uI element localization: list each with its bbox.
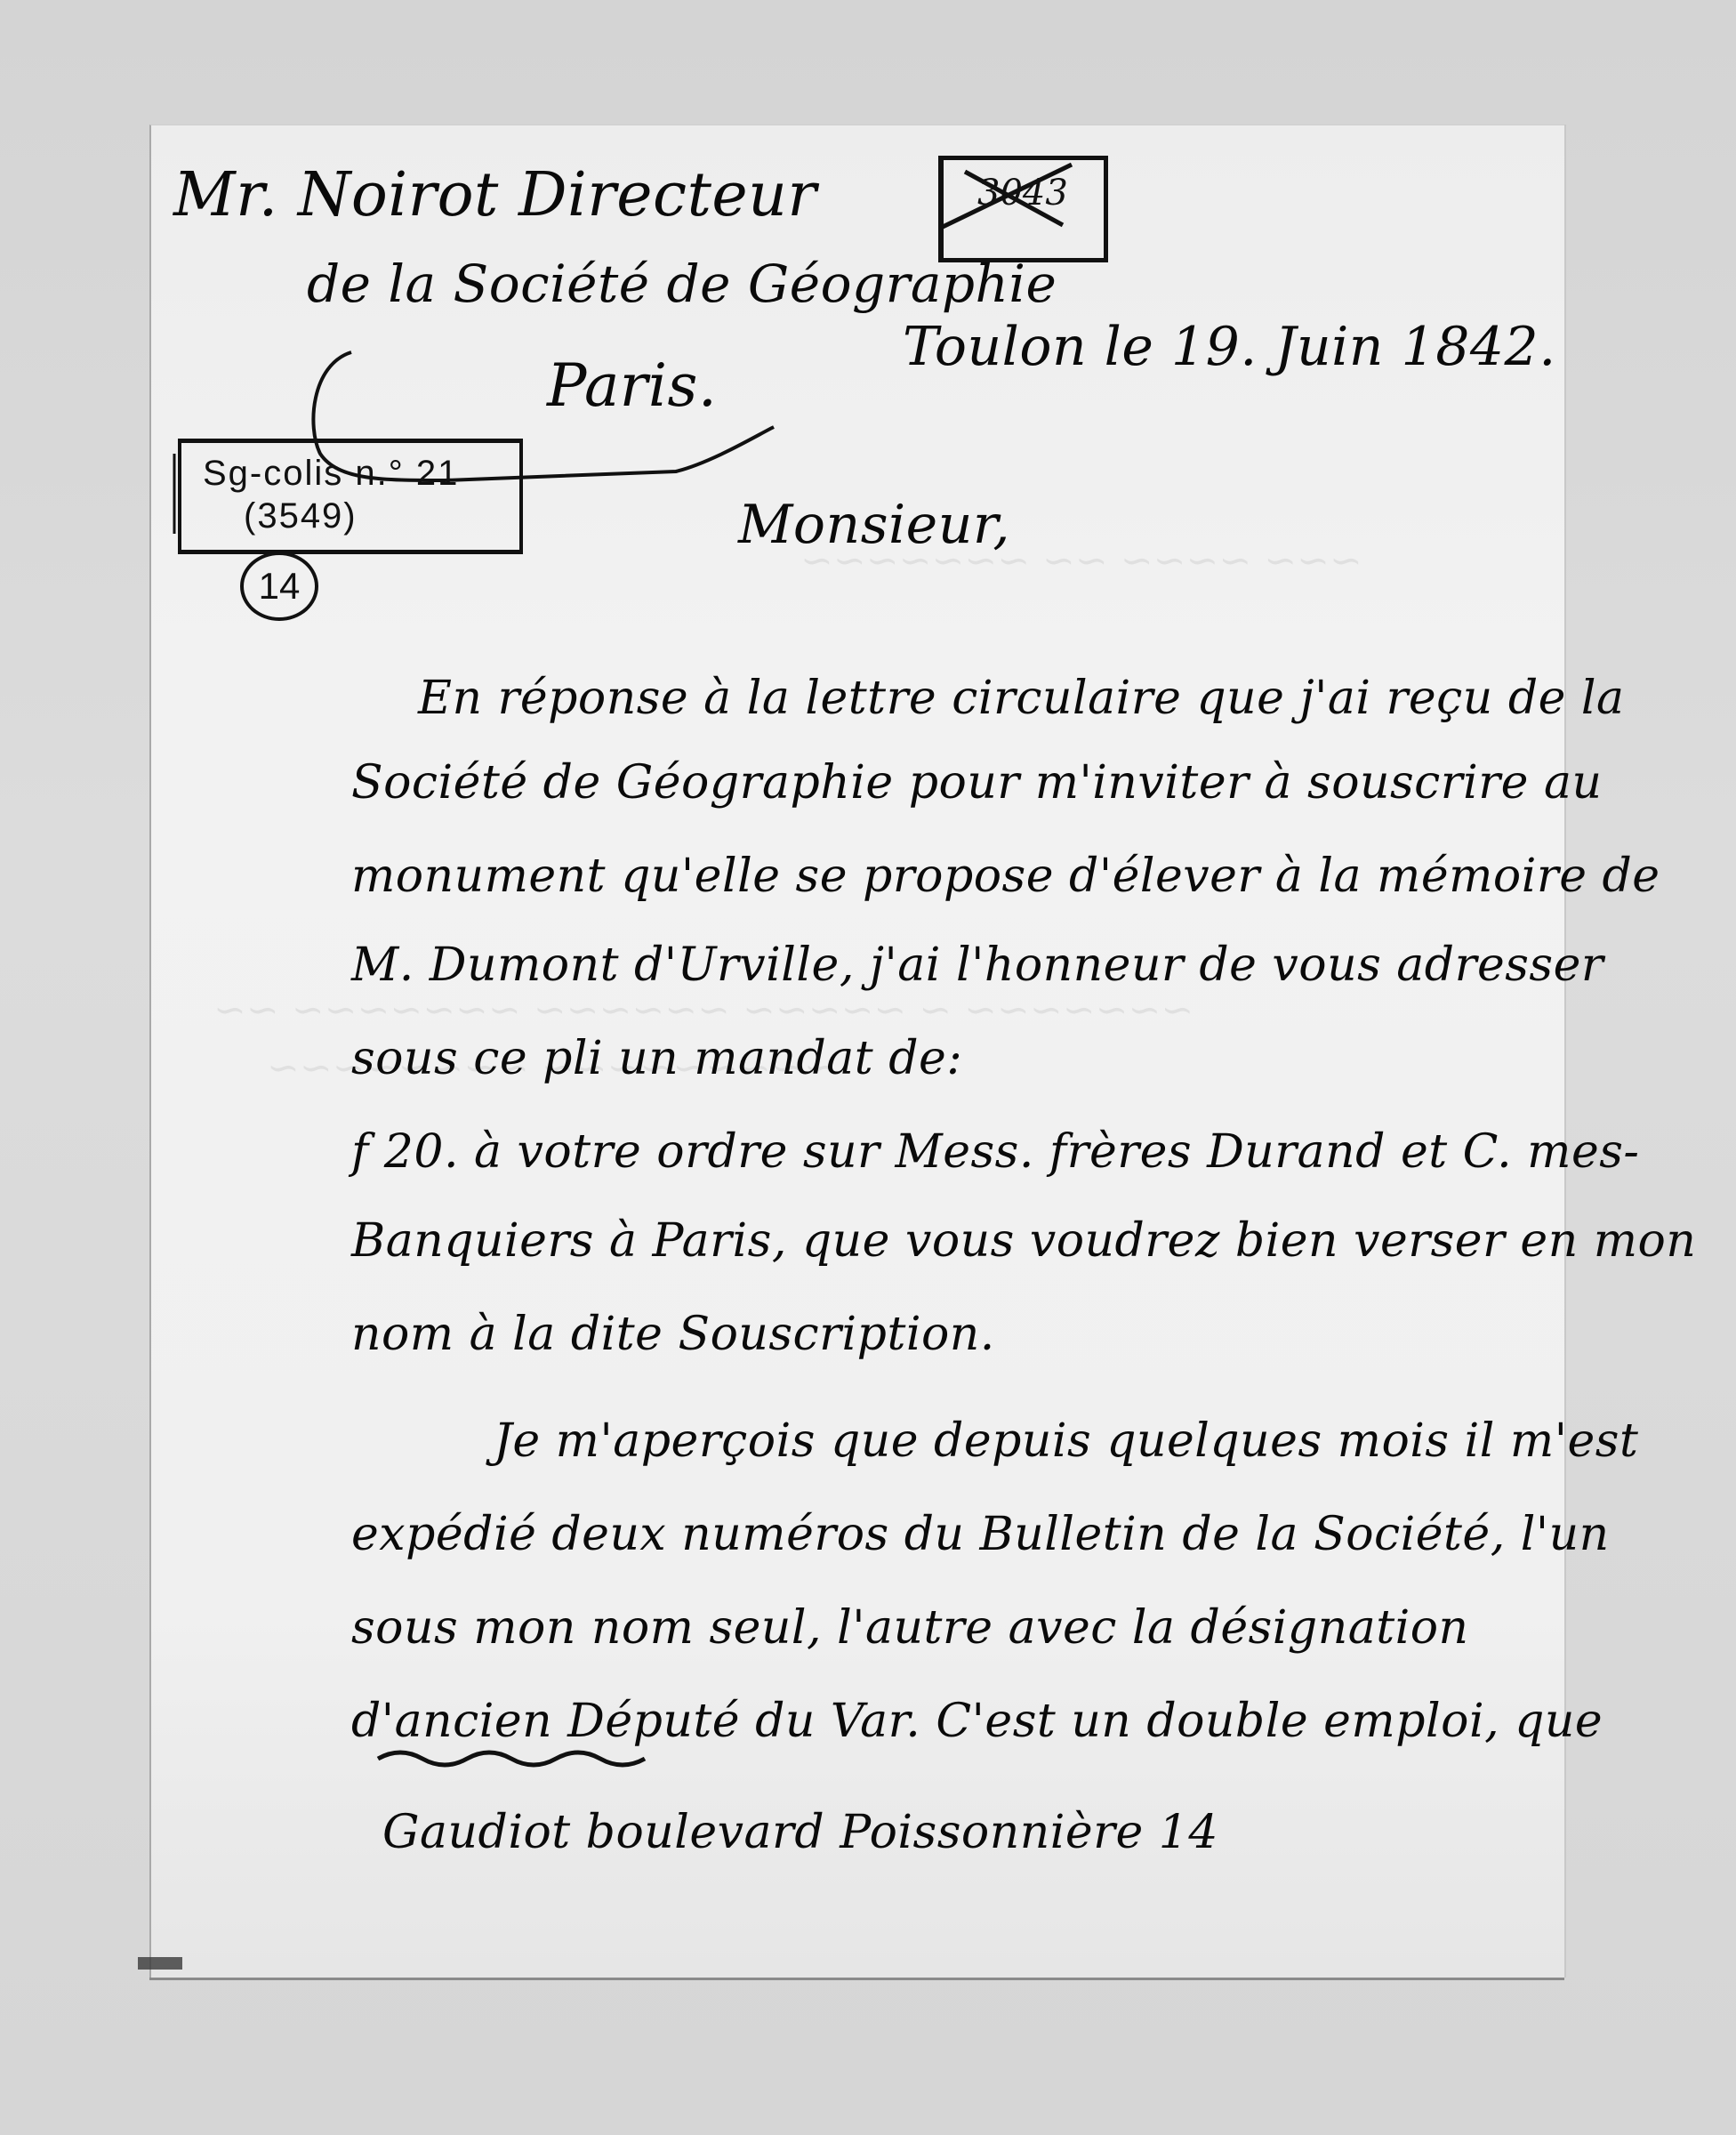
place-date: Toulon le 19. Juin 1842. bbox=[903, 316, 1556, 378]
cross-out-mark bbox=[938, 156, 1098, 254]
body-line: f 20. à votre ordre sur Mess. frères Dur… bbox=[351, 1125, 1640, 1179]
body-line: nom à la dite Souscription. bbox=[351, 1308, 995, 1361]
body-line: sous mon nom seul, l'autre avec la désig… bbox=[351, 1601, 1469, 1655]
salutation: Monsieur, bbox=[738, 494, 1010, 556]
bleed-through-text: ~~~~~~~ ~ ~~~~~ ~~~~~~ ~~~~~~~ ~~ bbox=[213, 987, 1193, 1033]
archive-colis-number: Sg-colis n.° 21 bbox=[203, 454, 459, 494]
body-line: d'ancien Député du Var. C'est un double … bbox=[351, 1695, 1603, 1748]
body-line: Banquiers à Paris, que vous voudrez bien… bbox=[351, 1214, 1696, 1268]
body-line: Je m'aperçois que depuis quelques mois i… bbox=[494, 1414, 1638, 1468]
body-line: M. Dumont d'Urville, j'ai l'honneur de v… bbox=[351, 939, 1603, 992]
archive-reference: (3549) bbox=[244, 496, 358, 536]
addressee-line-1: Mr. Noirot Directeur bbox=[173, 160, 816, 230]
body-line: sous ce pli un mandat de: bbox=[351, 1032, 962, 1085]
addressee-line-3: Paris. bbox=[547, 351, 717, 420]
body-line: En réponse à la lettre circulaire que j'… bbox=[418, 672, 1625, 725]
body-line: Société de Géographie pour m'inviter à s… bbox=[351, 756, 1602, 810]
footer-address: Gaudiot boulevard Poissonnière 14 bbox=[382, 1806, 1218, 1859]
addressee-line-2: de la Société de Géographie bbox=[307, 254, 1057, 314]
folio-number: 14 bbox=[240, 552, 318, 621]
archive-stamp-icon bbox=[138, 1957, 182, 1970]
archive-label-box: Sg-colis n.° 21 (3549) bbox=[178, 439, 523, 554]
crossed-out-number-box: 3043 bbox=[938, 156, 1108, 262]
body-line: monument qu'elle se propose d'élever à l… bbox=[351, 850, 1660, 903]
body-line: expédié deux numéros du Bulletin de la S… bbox=[351, 1508, 1610, 1561]
